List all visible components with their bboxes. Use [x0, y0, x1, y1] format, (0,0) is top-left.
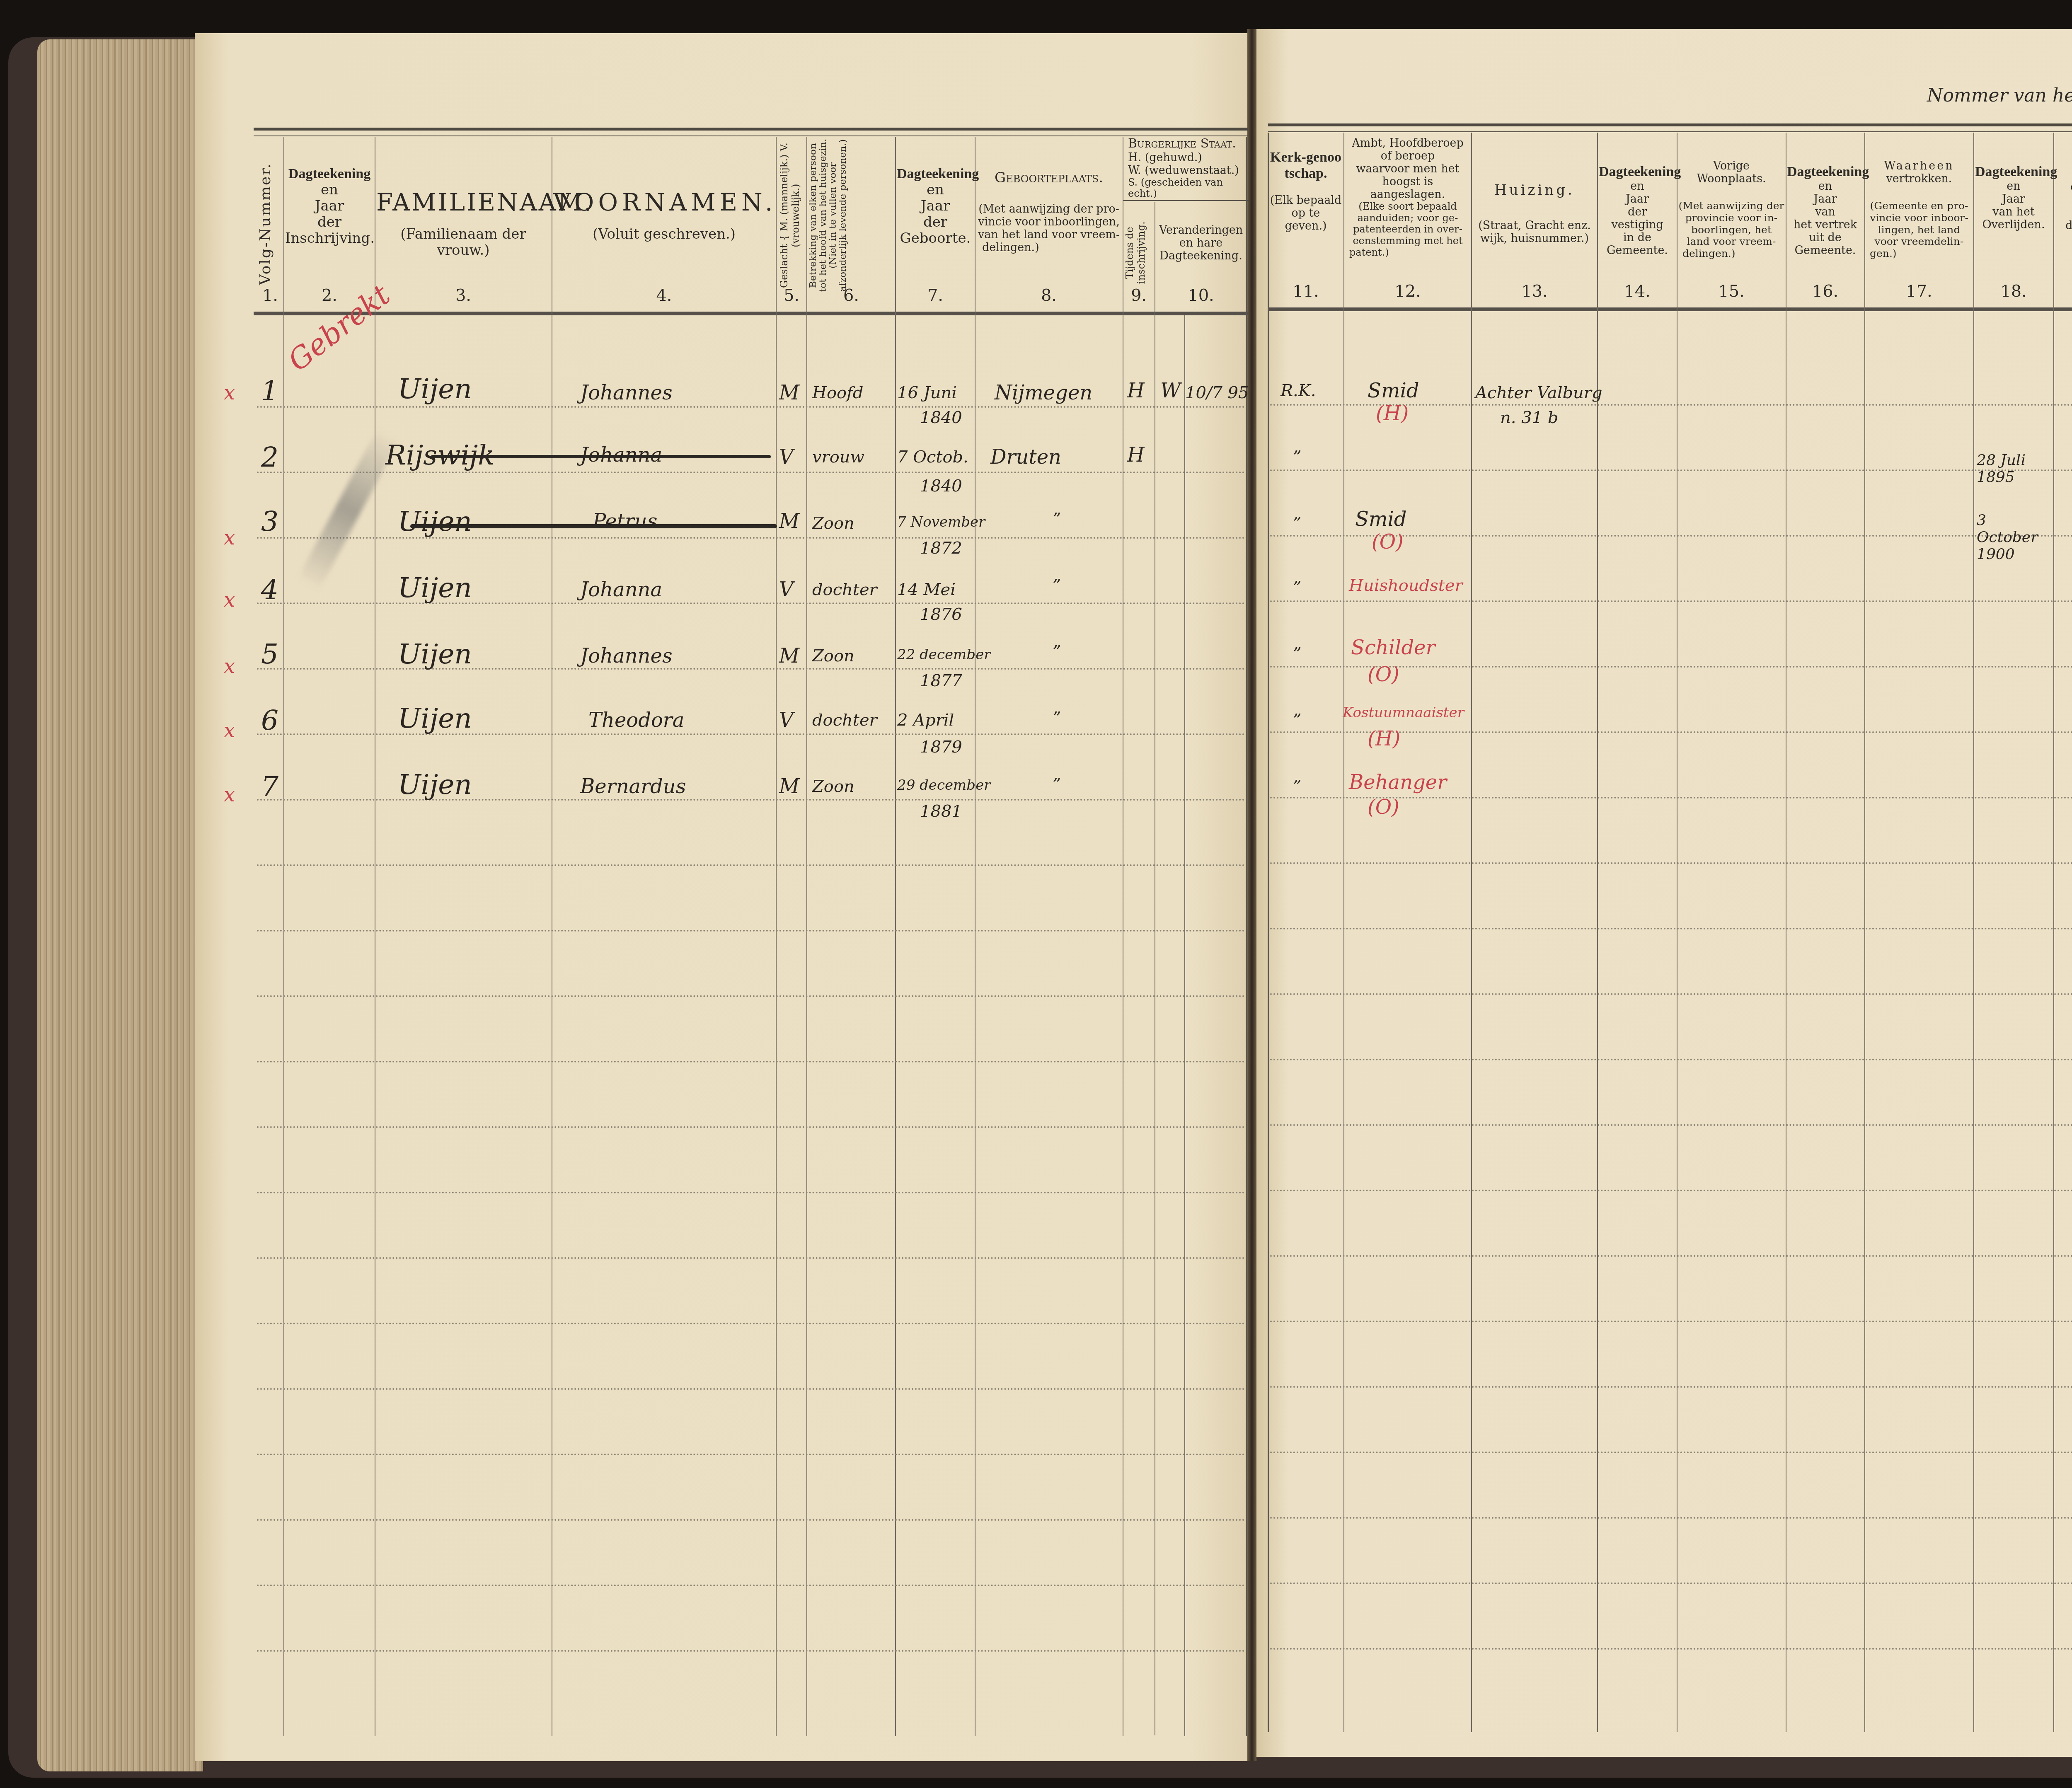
colnum-10: 10. [1156, 286, 1246, 305]
col-divider [776, 137, 777, 1736]
row-line-right [1270, 1255, 2072, 1257]
row-line-left [257, 1323, 1245, 1324]
row-line-left [257, 472, 1245, 473]
header-col18: Dagteekening en Jaar van het Overlijden. [1975, 164, 2052, 231]
geboorteplaats: Nijmegen [995, 381, 1092, 404]
col-divider [2053, 133, 2054, 1732]
volg-number: 3 [261, 506, 278, 537]
col-divider [1786, 133, 1786, 1732]
overlijden: 3 October 1900 [1977, 512, 2051, 563]
geslacht: V [779, 578, 794, 601]
header-geboorteplaats: Geboorteplaats. (Met aanwijzing der pro-… [976, 170, 1121, 254]
familienaam: Uijen [398, 702, 472, 734]
row-line-right [1270, 862, 2072, 864]
beroep: Smid [1355, 508, 1406, 531]
geboorteplaats: ” [1053, 510, 1061, 529]
geboorte-jaar: 1879 [920, 738, 962, 757]
beroep-code: (O) [1368, 663, 1399, 686]
geboorte-jaar: 1881 [920, 802, 962, 821]
col-divider [1471, 133, 1472, 1732]
header-huizing: Huizing. (Straat, Gracht enz. wijk, huis… [1473, 182, 1596, 245]
col-divider [975, 137, 975, 1736]
voornamen: Bernardus [580, 775, 686, 798]
row-line-left [257, 1585, 1245, 1586]
beroep-code: (H) [1376, 402, 1409, 425]
verandering-staat: W [1160, 379, 1181, 402]
colnum-18: 18. [1975, 282, 2052, 301]
kerkgenootschap: ” [1293, 711, 1301, 730]
colnum-11: 11. [1269, 282, 1343, 301]
book-gutter [1247, 29, 1256, 1761]
row-line-right [1270, 1517, 2072, 1519]
header-waarheen-vertrokken: Waarheen vertrokken. (Gemeente en pro- v… [1866, 160, 1973, 260]
familienaam: Uijen [398, 373, 472, 405]
betrekking: vrouw [812, 448, 864, 467]
col-divider [806, 137, 807, 1736]
voornamen: Petrus [593, 510, 657, 533]
col-divider [552, 137, 552, 1736]
beroep-code: (H) [1368, 727, 1400, 750]
strikethrough [410, 524, 777, 528]
geboorteplaats: ” [1053, 576, 1061, 595]
row-line-left [257, 995, 1245, 997]
familienaam: Uijen [398, 638, 472, 670]
geboorteplaats: ” [1053, 775, 1061, 794]
header-veranderingen: Veranderingen en hare Dagteekening. [1156, 224, 1246, 262]
row-line-left [257, 406, 1245, 408]
margin-mark-6: x [224, 719, 235, 742]
colnum-14: 14. [1599, 282, 1676, 301]
row-line-right [1270, 928, 2072, 929]
geboorte-dag: 2 April [897, 711, 954, 730]
familienaam: Uijen [398, 572, 472, 604]
beroep: Schilder [1351, 636, 1435, 659]
geslacht: M [779, 510, 799, 533]
burgerlijke-staat-divider [1123, 200, 1249, 201]
colnum-8: 8. [976, 286, 1121, 305]
voornamen: Theodora [588, 709, 684, 732]
row-line-left [257, 1126, 1245, 1128]
betrekking: dochter [812, 580, 877, 599]
header-betrekking: Betrekking van elken persoon tot het hoo… [808, 137, 893, 294]
kerkgenootschap: ” [1293, 644, 1301, 663]
colnum-3: 3. [376, 286, 550, 305]
verandering-datum: 10/7 95 [1185, 383, 1249, 402]
row-line-right [1270, 1386, 2072, 1388]
strikethrough [431, 455, 771, 458]
geboorte-jaar: 1840 [920, 477, 962, 496]
col-divider [283, 137, 284, 1736]
volg-number: 4 [261, 574, 278, 606]
betrekking: Zoon [812, 777, 854, 796]
row-line-left [257, 1192, 1245, 1193]
col-divider [375, 137, 375, 1736]
row-line-right [1270, 1321, 2072, 1322]
page-edges-left [37, 39, 203, 1771]
kerkgenootschap: R.K. [1280, 381, 1316, 400]
volg-number: 1 [261, 375, 278, 407]
betrekking: Zoon [812, 646, 854, 665]
geboorte-jaar: 1877 [920, 671, 962, 690]
kerkgenootschap: ” [1293, 514, 1301, 533]
kerkgenootschap: ” [1293, 448, 1301, 467]
header-col16: Dagteekening en Jaar van het vertrek uit… [1787, 164, 1864, 257]
header-familienaam: FAMILIENAAM. (Familienaam der vrouw.) [376, 189, 550, 259]
geboorte-dag: 22 december [897, 646, 991, 663]
volg-number: 7 [261, 771, 278, 803]
geboorteplaats: ” [1053, 642, 1061, 661]
beroep: Huishoudster [1349, 576, 1463, 595]
geslacht: V [779, 709, 794, 732]
beroep: Behanger [1349, 771, 1447, 794]
row-line-left [257, 1061, 1245, 1062]
colnum-17: 17. [1866, 282, 1973, 301]
familienaam: Uijen [398, 769, 472, 801]
geslacht: M [779, 381, 799, 404]
header-burgerlijke-staat: Burgerlijke Staat. H. (gehuwd.) W. (wedu… [1124, 137, 1251, 200]
header-top-rule-left [254, 128, 1248, 136]
col-divider [1597, 133, 1598, 1732]
volg-number: 2 [261, 441, 278, 473]
header-bottom-rule-right [1268, 307, 2072, 311]
row-line-right [1270, 600, 2072, 602]
burgerlijke-staat: H [1127, 379, 1145, 402]
header-geslacht: Geslacht { M. (mannelijk.) V. (vrouwelij… [778, 137, 805, 294]
voornamen: Johannes [580, 644, 673, 668]
col-divider [1677, 133, 1677, 1732]
header-bottom-rule-left [254, 312, 1248, 315]
betrekking: Zoon [812, 514, 854, 533]
overlijden: 28 Juli 1895 [1977, 452, 2051, 486]
colnum-9: 9. [1124, 286, 1154, 305]
margin-mark-5: x [224, 655, 235, 678]
colnum-6: 6. [808, 286, 894, 305]
row-line-right [1270, 993, 2072, 995]
col-divider [1184, 315, 1185, 1736]
blad-label: Nommer van het Blad. [1927, 85, 2072, 106]
geboorte-dag: 7 November [897, 514, 985, 530]
row-line-left [257, 1519, 1245, 1521]
colnum-19: 19. [2055, 282, 2072, 301]
burgerlijke-staat: H [1127, 443, 1145, 467]
geboorte-jaar: 1872 [920, 539, 962, 558]
header-col19: Opgave omtrent het wettig domicilie. [2055, 168, 2072, 232]
header-volg-nummer: Volg-Nummer. [257, 149, 282, 298]
huisnummer: n. 31 b [1500, 408, 1558, 427]
col-divider [1343, 133, 1344, 1732]
betrekking: dochter [812, 711, 877, 730]
col-divider [1246, 137, 1247, 1736]
row-line-left [257, 1454, 1245, 1455]
header-col7: Dagteekening en Jaar der Geboorte. [897, 166, 974, 247]
volg-number: 5 [261, 638, 278, 670]
geboorteplaats: Druten [990, 445, 1061, 469]
geboorte-dag: 7 Octob. [897, 448, 968, 467]
row-line-left [257, 864, 1245, 866]
beroep-code: (O) [1368, 796, 1399, 819]
col-divider [1864, 133, 1865, 1732]
geboorte-dag: 29 december [897, 777, 991, 794]
row-line-right [1270, 1648, 2072, 1650]
col-divider [1973, 133, 1974, 1732]
col-divider [1268, 133, 1269, 1732]
beroep: Smid [1368, 379, 1419, 402]
col-divider [1155, 202, 1155, 1735]
header-kerkgenootschap: Kerk-genootschap. (Elk bepaald op te gev… [1269, 149, 1343, 232]
huizing: Achter Valburg [1475, 383, 1602, 402]
row-line-right [1270, 1059, 2072, 1060]
colnum-13: 13. [1473, 282, 1596, 301]
row-line-right [1270, 469, 2072, 471]
geslacht: M [779, 775, 799, 798]
row-line-right [1270, 1582, 2072, 1584]
colnum-15: 15. [1678, 282, 1784, 301]
geboorte-dag: 16 Juni [897, 383, 957, 402]
colnum-1: 1. [257, 286, 283, 305]
row-line-right [1270, 1452, 2072, 1453]
col-divider [895, 137, 896, 1736]
kerkgenootschap: ” [1293, 777, 1301, 796]
colnum-4: 4. [553, 286, 775, 305]
colnum-5: 5. [777, 286, 806, 305]
header-voornamen: VOORNAMEN. (Voluit geschreven.) [553, 189, 775, 242]
margin-mark-1: x [224, 381, 235, 404]
col-divider [1123, 137, 1123, 1736]
geboorteplaats: ” [1053, 709, 1061, 728]
geboorte-jaar: 1840 [920, 408, 962, 427]
betrekking: Hoofd [812, 383, 863, 402]
row-line-left [257, 1650, 1245, 1652]
row-line-right [1270, 1124, 2072, 1126]
geslacht: V [779, 445, 794, 469]
voornamen: Johanna [580, 578, 662, 601]
margin-mark-3: x [224, 526, 235, 549]
voornamen: Johannes [580, 381, 673, 404]
volg-number: 6 [261, 704, 278, 736]
row-line-left [257, 1257, 1245, 1259]
header-col2: Dagteekening en Jaar der Inschrijving. [285, 166, 374, 247]
header-top-rule-right [1268, 123, 2072, 132]
margin-mark-7: x [224, 783, 235, 806]
beroep: Kostuumnaaister [1343, 704, 1464, 721]
margin-mark-4: x [224, 588, 235, 612]
colnum-12: 12. [1345, 282, 1470, 301]
header-col14: Dagteekening en Jaar der vestiging in de… [1599, 164, 1676, 257]
familienaam: Uijen [398, 506, 472, 537]
header-vorige-woonplaats: Vorige Woonplaats. (Met aanwijzing der p… [1678, 160, 1784, 260]
colnum-7: 7. [897, 286, 974, 305]
row-line-right [1270, 1190, 2072, 1191]
colnum-16: 16. [1787, 282, 1864, 301]
beroep-code: (O) [1372, 530, 1404, 554]
geboorte-dag: 14 Mei [897, 580, 956, 599]
row-line-left [257, 930, 1245, 932]
kerkgenootschap: ” [1293, 578, 1301, 597]
row-line-left [257, 1388, 1245, 1390]
header-beroep: Ambt, Hoofdberoep of beroep waarvoor men… [1345, 137, 1470, 258]
geslacht: M [779, 644, 799, 668]
geboorte-jaar: 1876 [920, 605, 962, 624]
